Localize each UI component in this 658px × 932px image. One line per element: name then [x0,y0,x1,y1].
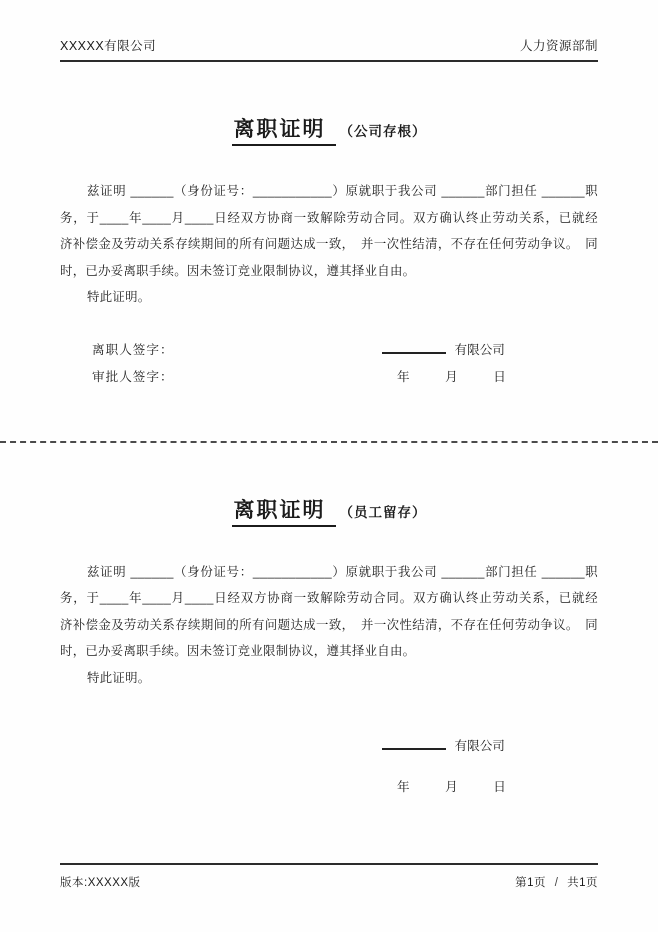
date-day-label: 日 [493,774,506,801]
page-total: 共1页 [567,877,598,889]
body-line: 务，于____年____月____日经双方协商一致解除劳动合同。双方确认终止劳动… [60,205,598,232]
approver-signature-label: 审批人签字： [60,370,174,384]
signature-block: 离职人签字： 有限公司 审批人签字： 年 月 日 [60,337,598,391]
signature-row-date: 年 月 日 [60,774,598,801]
page-current: 第1页 [515,877,546,889]
company-name-blank [382,748,446,750]
signature-row-company: 有限公司 [60,733,598,760]
body-line: 兹证明 ______（身份证号：___________）原就职于我公司 ____… [60,178,598,205]
header-issuer: 人力资源部制 [520,36,598,54]
section-title-row: 离职证明（公司存根） [60,116,598,144]
company-name-blank [382,352,446,354]
company-seal-line: 有限公司 [382,337,505,364]
body-line: 务，于____年____月____日经双方协商一致解除劳动合同。双方确认终止劳动… [60,585,598,612]
body-line-hereby: 特此证明。 [60,665,598,692]
body-line-hereby: 特此证明。 [60,284,598,311]
section-company-stub: 离职证明（公司存根） 兹证明 ______（身份证号：___________）原… [60,116,598,391]
date-day-label: 日 [493,364,506,391]
body-line: 时，已办妥离职手续。因未签订竞业限制协议，遵其择业自由。 [60,638,598,665]
page-header: XXXXX有限公司 人力资源部制 [60,0,598,62]
footer-page-number: 第1页 / 共1页 [510,874,598,890]
date-month-label: 月 [445,364,458,391]
date-line: 年 月 日 [382,774,506,801]
certificate-subtitle: （公司存根） [340,124,427,139]
body-line: 兹证明 ______（身份证号：___________）原就职于我公司 ____… [60,559,598,586]
date-year-label: 年 [397,774,410,801]
footer-version: 版本:XXXXX版 [60,874,141,890]
certificate-title: 离职证明 [232,118,336,146]
company-seal-line: 有限公司 [382,733,505,760]
certificate-subtitle: （员工留存） [340,505,427,520]
signature-row-leaver: 离职人签字： 有限公司 [60,337,598,364]
page-footer: 版本:XXXXX版 第1页 / 共1页 [60,863,598,890]
date-year-label: 年 [397,364,410,391]
company-suffix: 有限公司 [455,343,505,357]
body-line: 时，已办妥离职手续。因未签订竞业限制协议，遵其择业自由。 [60,258,598,285]
signature-block: 有限公司 年 月 日 [60,733,598,801]
dashed-cut-line [0,441,658,443]
date-line: 年 月 日 [382,364,506,391]
document-page: XXXXX有限公司 人力资源部制 离职证明（公司存根） 兹证明 ______（身… [0,0,658,932]
section-title-row: 离职证明（员工留存） [60,497,598,525]
certificate-body: 兹证明 ______（身份证号：___________）原就职于我公司 ____… [60,559,598,692]
body-line: 济补偿金及劳动关系存续期间的所有问题达成一致， 并一次性结清，不存在任何劳动争议… [60,231,598,258]
signature-row-approver: 审批人签字： 年 月 日 [60,364,598,391]
leaver-signature-label: 离职人签字： [60,343,174,357]
body-line: 济补偿金及劳动关系存续期间的所有问题达成一致， 并一次性结清，不存在任何劳动争议… [60,612,598,639]
date-month-label: 月 [445,774,458,801]
section-employee-copy: 离职证明（员工留存） 兹证明 ______（身份证号：___________）原… [60,497,598,802]
certificate-body: 兹证明 ______（身份证号：___________）原就职于我公司 ____… [60,178,598,311]
header-company-name: XXXXX有限公司 [60,36,156,54]
company-suffix: 有限公司 [455,739,505,753]
certificate-title: 离职证明 [232,499,336,527]
page-separator: / [555,877,559,889]
